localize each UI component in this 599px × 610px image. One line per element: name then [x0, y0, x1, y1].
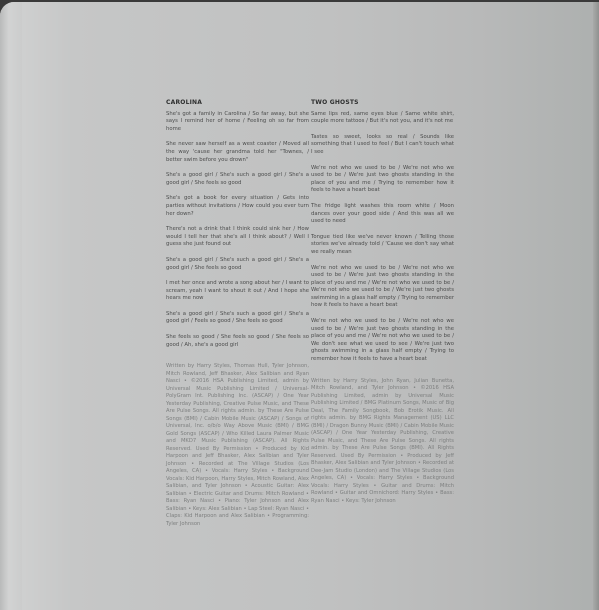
- lyric-stanza: She's got a family in Carolina / So far …: [166, 111, 309, 134]
- lyric-stanza: The fridge light washes this room white …: [311, 203, 454, 226]
- song-two-ghosts: TWO GHOSTS Same lips red, same eyes blue…: [311, 99, 454, 513]
- lyric-stanza: We're not who we used to be / We're not …: [311, 318, 454, 364]
- lyric-stanza: There's not a drink that I think could s…: [166, 226, 309, 249]
- lyric-stanza: We're not who we used to be / We're not …: [311, 265, 454, 311]
- lyric-stanza: She feels so good / She feels so good / …: [166, 334, 309, 349]
- song-credits: Written by Harry Styles, John Ryan, Juli…: [311, 378, 454, 506]
- lyric-stanza: Tastes so sweet, looks so real / Sounds …: [311, 134, 454, 157]
- lyric-stanza: I met her once and wrote a song about he…: [166, 280, 309, 303]
- lyric-sleeve: CAROLINA She's got a family in Carolina …: [0, 2, 599, 610]
- lyric-stanza: She never saw herself as a west coaster …: [166, 141, 309, 164]
- song-carolina: CAROLINA She's got a family in Carolina …: [166, 99, 309, 536]
- lyric-stanza: Same lips red, same eyes blue / Same whi…: [311, 111, 454, 126]
- lyric-stanza: She's got a book for every situation / G…: [166, 195, 309, 218]
- lyric-stanza: She's a good girl / She's such a good gi…: [166, 311, 309, 326]
- lyric-stanza: She's a good girl / She's such a good gi…: [166, 172, 309, 187]
- song-title: TWO GHOSTS: [311, 99, 454, 107]
- song-title: CAROLINA: [166, 99, 309, 107]
- lyric-stanza: We're not who we used to be / We're not …: [311, 165, 454, 195]
- lyric-stanza: Tongue tied like we've never known / Tel…: [311, 234, 454, 257]
- song-credits: Written by Harry Styles, Thomas Hull, Ty…: [166, 363, 309, 528]
- lyric-stanza: She's a good girl / She's such a good gi…: [166, 257, 309, 272]
